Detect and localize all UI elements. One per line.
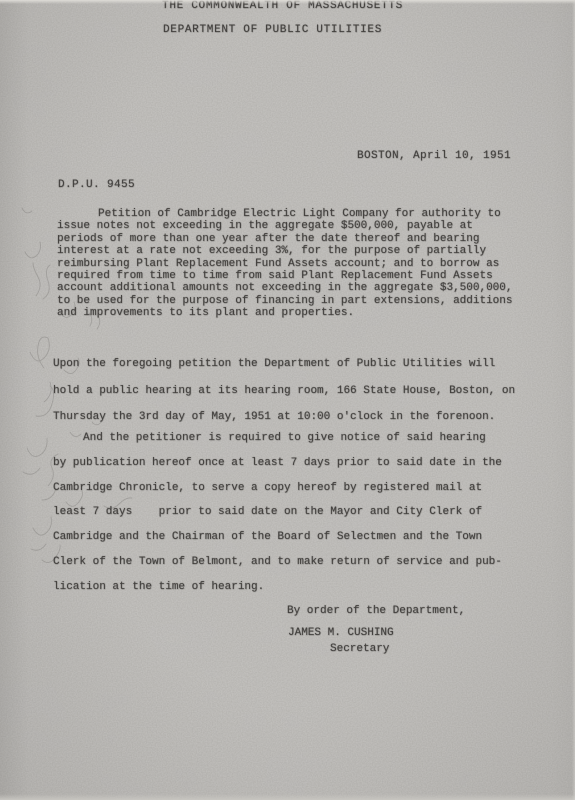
notice-paragraph: And the petitioner is required to give n…: [53, 426, 502, 600]
dateline: BOSTON, April 10, 1951: [357, 150, 511, 162]
typed-line: periods of more than one year after the …: [57, 233, 512, 245]
signatory-name: JAMES M. CUSHING: [288, 627, 394, 639]
typed-line: reimbursing Plant Replacement Fund Asset…: [57, 258, 512, 270]
typed-line: Petition of Cambridge Electric Light Com…: [57, 208, 512, 220]
scan-edge-bottom: [0, 794, 575, 800]
typed-line: least 7 days prior to said date on the M…: [53, 500, 502, 525]
typed-line: And the petitioner is required to give n…: [53, 426, 502, 451]
document-subtitle: DEPARTMENT OF PUBLIC UTILITIES: [0, 24, 545, 36]
typed-line: Cambridge Chronicle, to serve a copy her…: [53, 476, 502, 501]
typed-line: Clerk of the Town of Belmont, and to mak…: [53, 550, 502, 575]
scanned-document-page: THE COMMONWEALTH OF MASSACHUSETTS DEPART…: [0, 0, 575, 800]
typed-line: Upon the foregoing petition the Departme…: [53, 351, 515, 378]
typed-line: to be used for the purpose of financing …: [57, 295, 512, 307]
typed-line: interest at a rate not exceeding 3%, for…: [57, 245, 512, 257]
typed-line: issue notes not exceeding in the aggrega…: [57, 220, 512, 232]
typed-line: hold a public hearing at its hearing roo…: [53, 378, 515, 405]
docket-number: D.P.U. 9455: [58, 179, 135, 191]
typed-line: Cambridge and the Chairman of the Board …: [53, 525, 502, 550]
typed-line: by publication hereof once at least 7 da…: [53, 451, 502, 476]
typed-line: and improvements to its plant and proper…: [57, 307, 512, 319]
typewritten-text: THE COMMONWEALTH OF MASSACHUSETTS DEPART…: [0, 0, 575, 800]
typed-line: account additional amounts not exceeding…: [57, 282, 512, 294]
scan-edge-top: [0, 0, 575, 4]
hearing-paragraph: Upon the foregoing petition the Departme…: [53, 351, 515, 431]
typed-line: required from time to time from said Pla…: [57, 270, 512, 282]
typed-line: lication at the time of hearing.: [53, 575, 502, 600]
petition-paragraph: Petition of Cambridge Electric Light Com…: [57, 208, 512, 320]
by-order-line: By order of the Department,: [287, 605, 465, 617]
signatory-title: Secretary: [330, 643, 389, 655]
